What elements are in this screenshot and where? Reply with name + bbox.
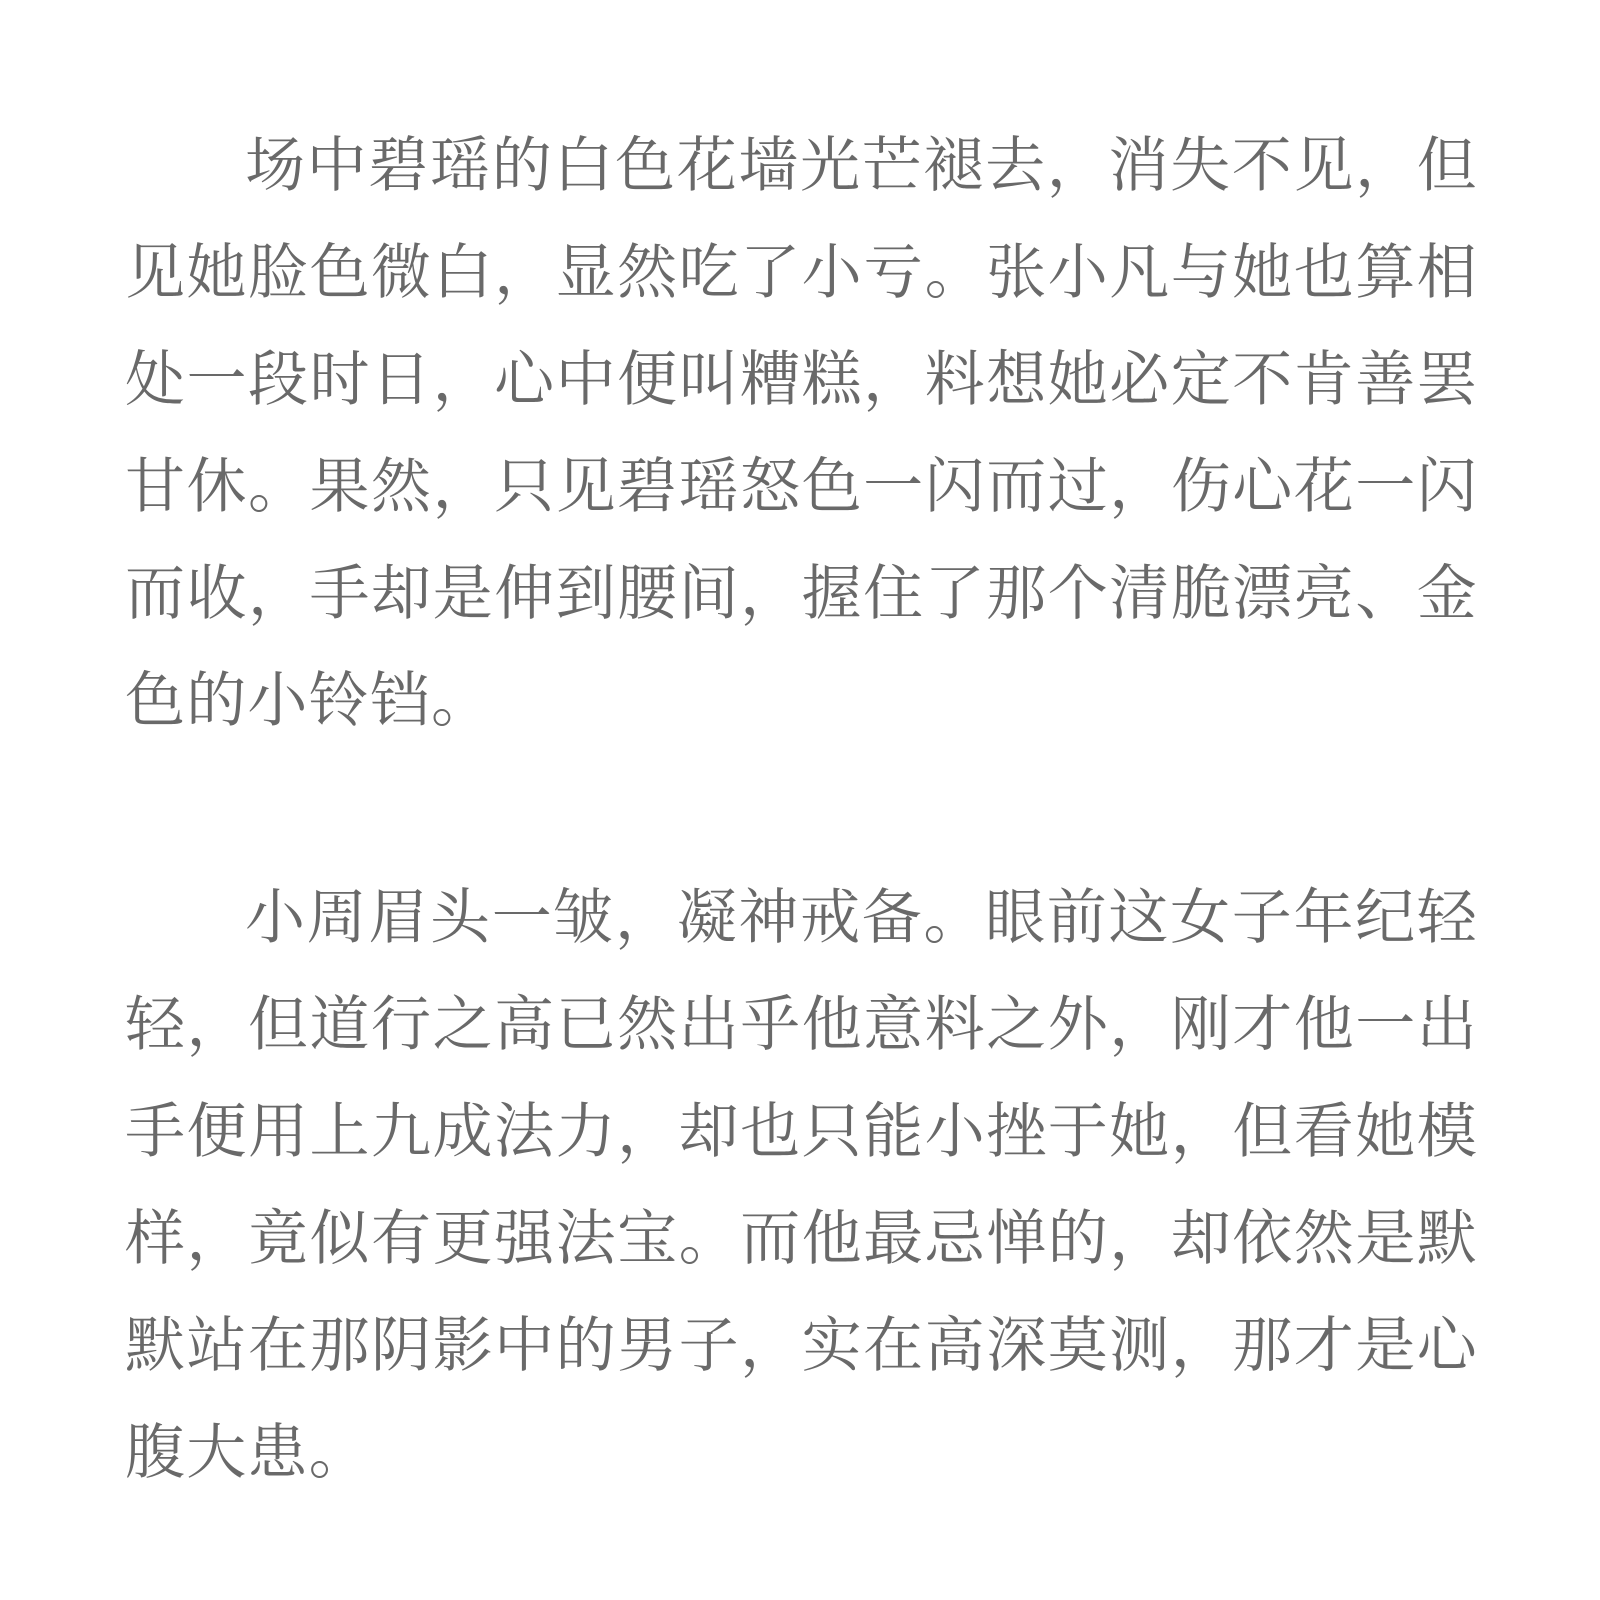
novel-paragraph-1: 场中碧瑶的白色花墙光芒褪去，消失不见，但见她脸色微白，显然吃了小亏。张小凡与她也… (125, 112, 1478, 754)
reader-page: 场中碧瑶的白色花墙光芒褪去，消失不见，但见她脸色微白，显然吃了小亏。张小凡与她也… (0, 0, 1600, 1600)
novel-paragraph-2: 小周眉头一皱，凝神戒备。眼前这女子年纪轻轻，但道行之高已然出乎他意料之外，刚才他… (125, 864, 1478, 1506)
